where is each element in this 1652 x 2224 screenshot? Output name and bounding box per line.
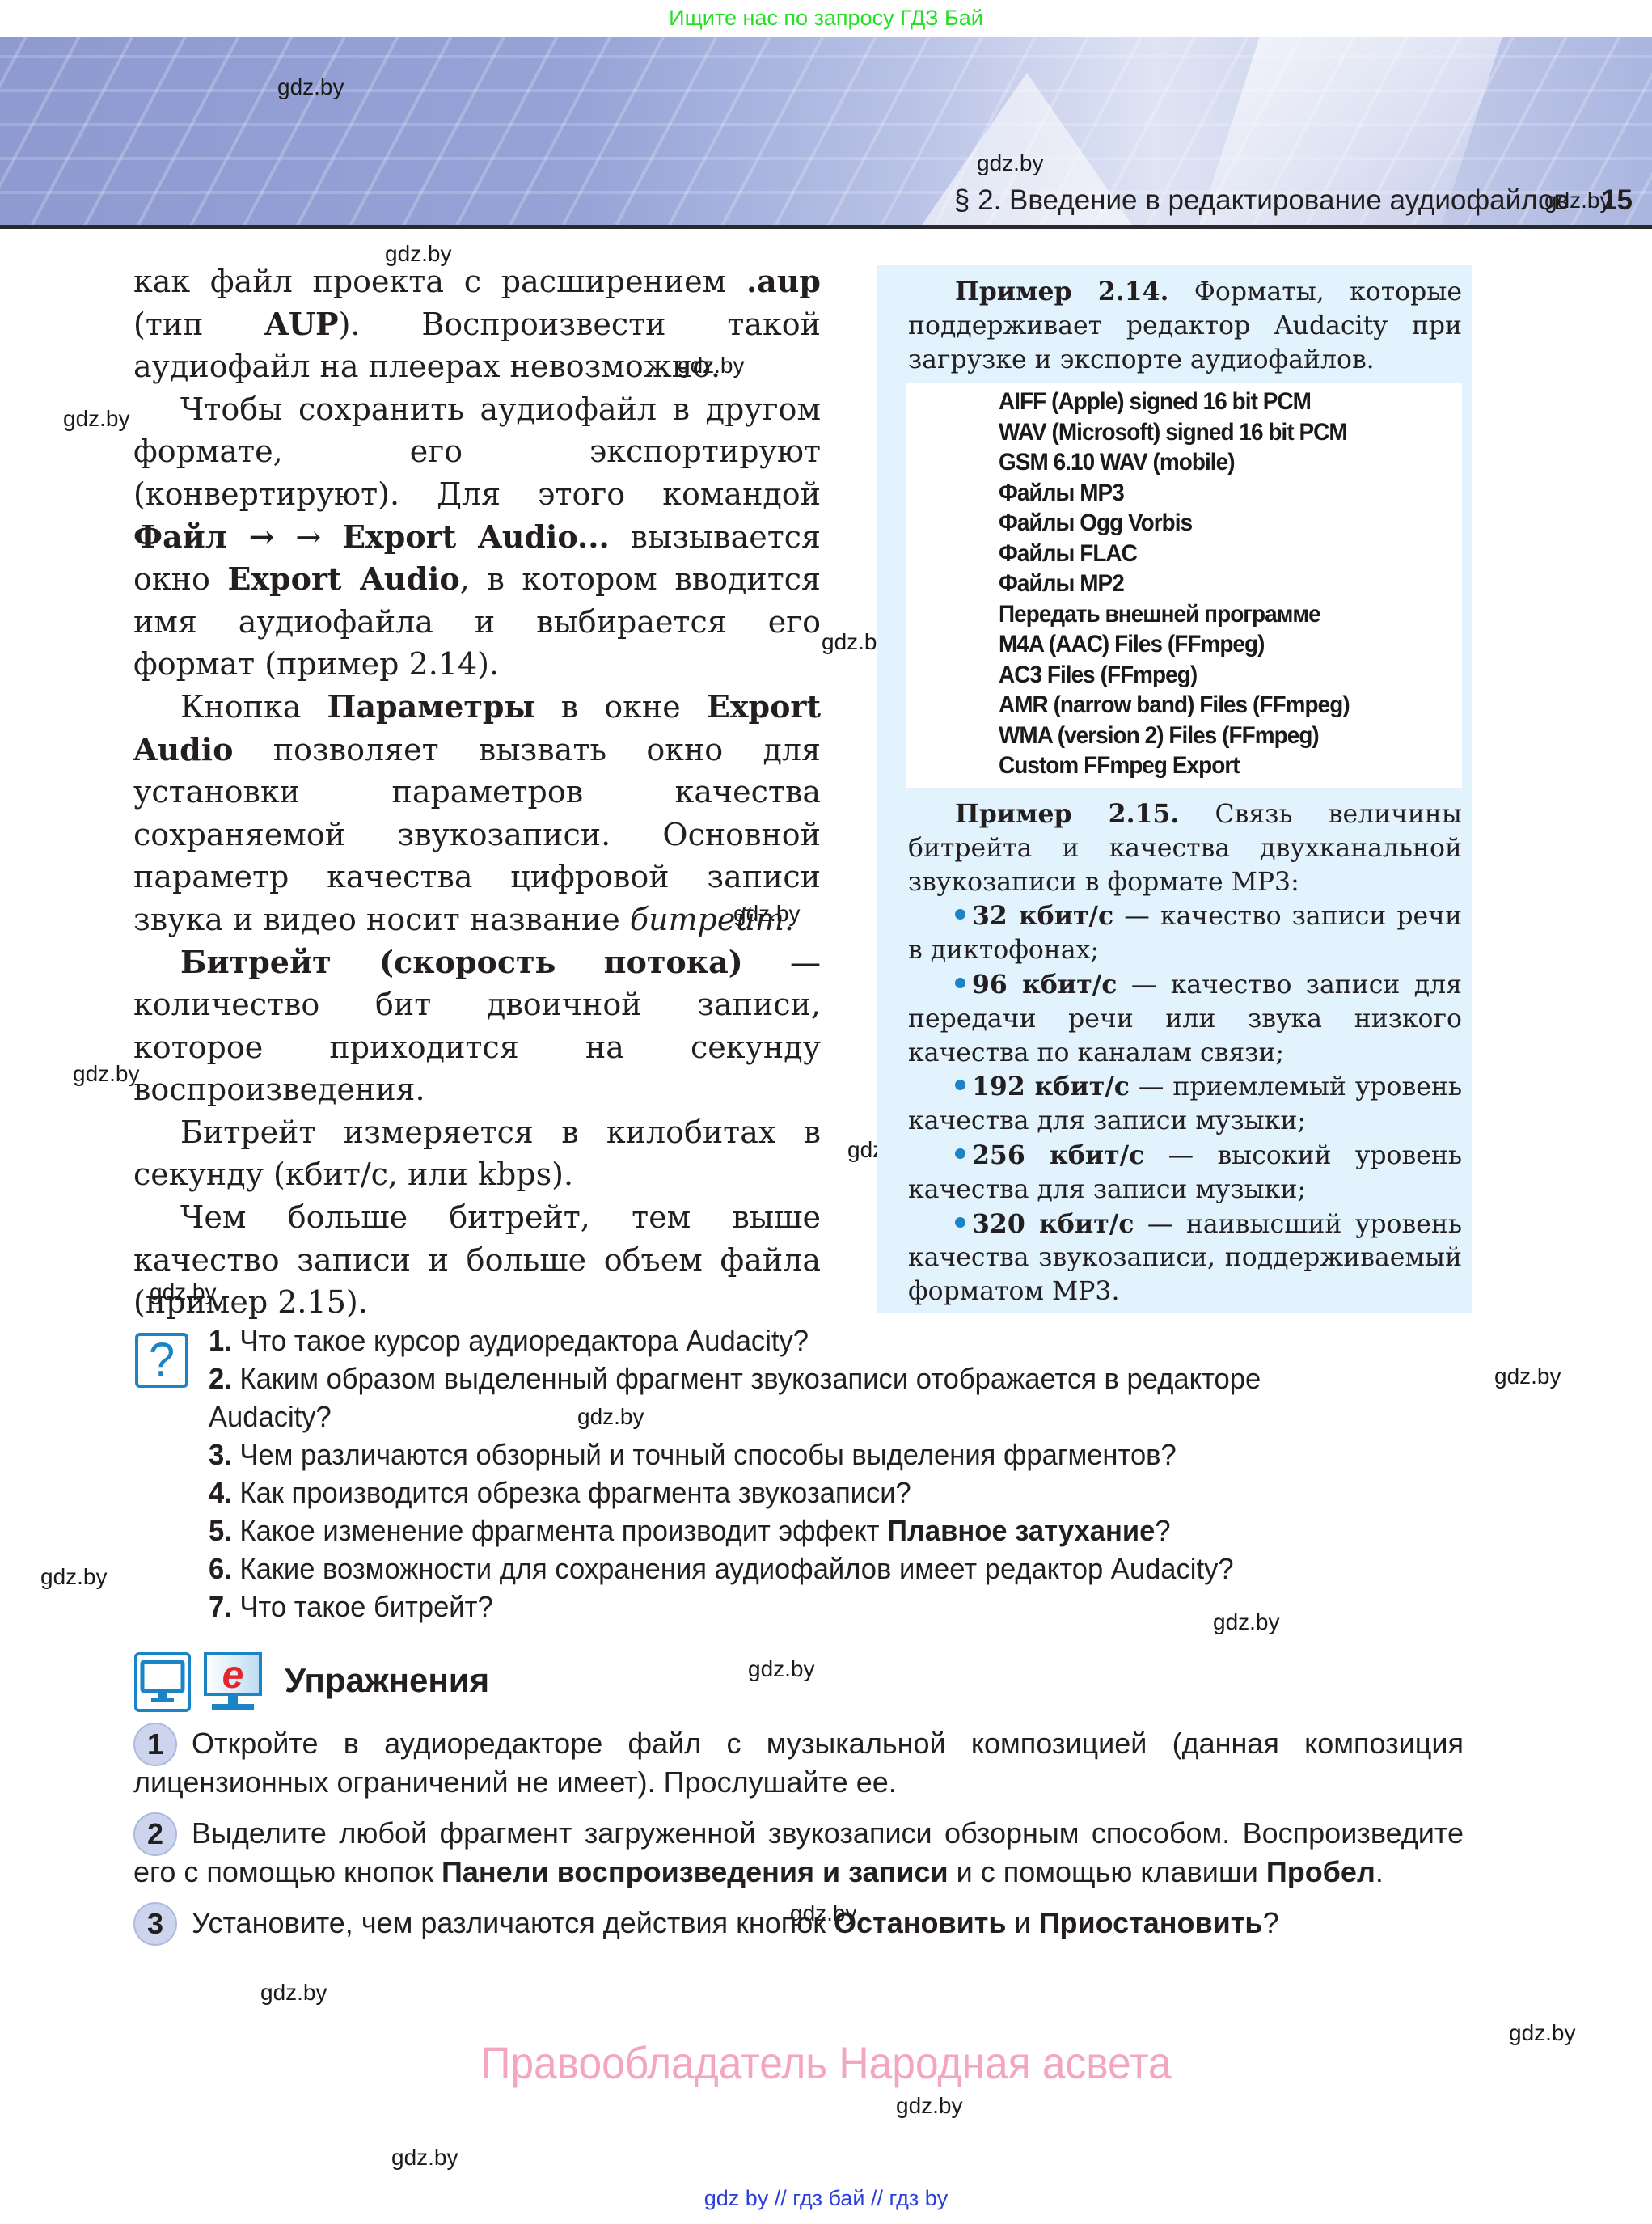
question-item: 1. Что такое курсор аудиоредактора Audac… [209, 1321, 1416, 1359]
question-number: 4. [209, 1476, 232, 1509]
watermark: gdz.by [1544, 188, 1612, 214]
definition-paragraph: Битрейт (скорость потока) — количество б… [133, 941, 821, 1111]
question-text: Чем различаются обзорный и точный способ… [232, 1438, 1177, 1471]
term: Плавное затухание [887, 1514, 1155, 1547]
term: Пробел [1266, 1855, 1375, 1888]
header-divider [0, 225, 1652, 229]
format-item: M4A (AAC) Files (FFmpeg) [999, 629, 1350, 660]
exercise-text: Откройте в аудиоредакторе файл с музыкал… [133, 1724, 1464, 1801]
format-item: WAV (Microsoft) signed 16 bit PCM [999, 417, 1350, 448]
copyright-notice: Правообладатель Народная асвета [66, 2036, 1587, 2089]
exercise-item: 2Выделите любой фрагмент загруженной зву… [133, 1814, 1464, 1891]
running-head: § 2. Введение в редактирование аудиофайл… [439, 184, 1652, 217]
computer-monitor-icon [134, 1652, 191, 1712]
example-label: Пример 2.15. [955, 799, 1179, 829]
bullet-icon [955, 1080, 965, 1090]
question-text: Что такое битрейт? [232, 1590, 493, 1623]
example-2-15: Пример 2.15. Связь величины битрейта и к… [908, 797, 1462, 1309]
question-text: Какое изменение фрагмента производит эфф… [232, 1514, 887, 1547]
exercise-item: 3Установите, чем различаются действия кн… [133, 1904, 1464, 1943]
bitrate-item: 32 кбит/с — качество записи речи в дикто… [908, 899, 1462, 968]
example-2-14-caption: Пример 2.14. Форматы, которые поддержива… [908, 275, 1462, 377]
question-mark-icon: ? [135, 1333, 188, 1388]
format-item: Файлы FLAC [999, 539, 1350, 569]
exercise-item: 1Откройте в аудиоредакторе файл с музыка… [133, 1724, 1464, 1801]
format-item: AIFF (Apple) signed 16 bit PCM [999, 387, 1350, 417]
electronic-resource-icon: e [204, 1652, 262, 1712]
watermark: gdz.by [748, 1656, 815, 1682]
format-item: WMA (version 2) Files (FFmpeg) [999, 721, 1350, 751]
review-questions: 1. Что такое курсор аудиоредактора Audac… [209, 1321, 1416, 1626]
format-item: Custom FFmpeg Export [999, 750, 1350, 781]
bullet-icon [955, 1148, 965, 1159]
question-item: 5. Какое изменение фрагмента производит … [209, 1512, 1416, 1550]
examples-sidebar: Пример 2.14. Форматы, которые поддержива… [877, 265, 1472, 1313]
exercise-text: Выделите любой фрагмент загруженной звук… [133, 1814, 1464, 1891]
svg-text:e: e [222, 1654, 244, 1697]
question-number: 5. [209, 1514, 232, 1547]
watermark: gdz.by [73, 1061, 140, 1087]
format-item: Файлы MP2 [999, 569, 1350, 599]
question-number: 7. [209, 1590, 232, 1623]
formats-list-image: AIFF (Apple) signed 16 bit PCMWAV (Micro… [906, 383, 1462, 788]
term: Приостановить [1039, 1906, 1263, 1939]
bullet-icon [955, 1217, 965, 1228]
section-title: § 2. Введение в редактирование аудиофайл… [954, 184, 1569, 216]
bitrate-item: 192 кбит/с — приемлемый уровень качества… [908, 1070, 1462, 1139]
bitrate-item: 320 кбит/с — наивысший уровень качества … [908, 1207, 1462, 1309]
question-item: 4. Как производится обрезка фрагмента зв… [209, 1474, 1416, 1512]
question-text: Какие возможности для сохранения аудиофа… [232, 1552, 1234, 1585]
question-number: 1. [209, 1324, 232, 1357]
paragraph: как файл проекта с расширением .aup (тип… [133, 260, 821, 388]
question-text: Как производится обрезка фрагмента звуко… [232, 1476, 911, 1509]
watermark: gdz.by [260, 1980, 327, 2006]
term: Панели воспроизведения и записи [442, 1855, 949, 1888]
watermark: gdz.by [63, 406, 130, 432]
paragraph: Битрейт измеряется в килобитах в секунду… [133, 1111, 821, 1196]
question-item: 3. Чем различаются обзорный и точный спо… [209, 1435, 1416, 1474]
question-number: 3. [209, 1438, 232, 1471]
question-item: 2. Каким образом выделенный фрагмент зву… [209, 1359, 1416, 1397]
example-label: Пример 2.14. [955, 277, 1168, 307]
term: Остановить [834, 1906, 1006, 1939]
format-item: AMR (narrow band) Files (FFmpeg) [999, 690, 1350, 721]
exercises-heading: Упражнения [285, 1660, 489, 1702]
question-text: ? [1155, 1514, 1170, 1547]
question-text: Каким образом выделенный фрагмент звукоз… [232, 1362, 1261, 1395]
format-item: Файлы MP3 [999, 478, 1350, 509]
format-item: Файлы Ogg Vorbis [999, 508, 1350, 539]
watermark: gdz.by [977, 150, 1044, 176]
bitrate-value: 32 кбит/с [972, 901, 1113, 931]
exercise-text: Установите, чем различаются действия кно… [133, 1904, 1464, 1943]
bitrate-item: 96 кбит/с — качество записи для передачи… [908, 968, 1462, 1070]
paragraph: Кнопка Параметры в окне Export Audio поз… [133, 686, 821, 941]
exercises-list: 1Откройте в аудиоредакторе файл с музыка… [133, 1724, 1464, 1956]
watermark: gdz.by [277, 74, 344, 100]
bullet-icon [955, 978, 965, 988]
exercise-number-badge: 1 [133, 1723, 177, 1766]
paragraph: Чем больше битрейт, тем выше качество за… [133, 1196, 821, 1324]
bullet-icon [955, 909, 965, 920]
watermark: gdz.by [391, 2145, 458, 2171]
watermark: gdz.by [1494, 1364, 1561, 1389]
watermark: gdz.by [896, 2093, 963, 2119]
bitrate-item: 256 кбит/с — высокий уровень качества дл… [908, 1139, 1462, 1207]
body-text: как файл проекта с расширением .aup (тип… [133, 260, 821, 1324]
bitrate-value: 320 кбит/с [972, 1209, 1134, 1239]
format-item: GSM 6.10 WAV (mobile) [999, 447, 1350, 478]
format-item: Передать внешней программе [999, 599, 1350, 630]
exercise-number-badge: 2 [133, 1812, 177, 1856]
question-item-continuation: Audacity? [209, 1397, 1416, 1435]
question-number: 2. [209, 1362, 232, 1395]
question-text: Что такое курсор аудиоредактора Audacity… [232, 1324, 809, 1357]
top-banner: Ищите нас по запросу ГДЗ Бай [0, 0, 1652, 36]
paragraph: Чтобы сохранить аудиофайл в другом форма… [133, 388, 821, 686]
bottom-banner-links[interactable]: gdz by // гдз бай // гдз by [0, 2186, 1652, 2211]
bitrate-value: 96 кбит/с [972, 970, 1117, 1000]
question-item: 7. Что такое битрейт? [209, 1588, 1416, 1626]
question-item: 6. Какие возможности для сохранения ауди… [209, 1550, 1416, 1588]
question-number: 6. [209, 1552, 232, 1585]
watermark: gdz.by [40, 1564, 108, 1590]
bitrate-value: 256 кбит/с [972, 1140, 1144, 1170]
format-item: AC3 Files (FFmpeg) [999, 660, 1350, 691]
bitrate-value: 192 кбит/с [972, 1072, 1130, 1101]
exercise-number-badge: 3 [133, 1902, 177, 1946]
